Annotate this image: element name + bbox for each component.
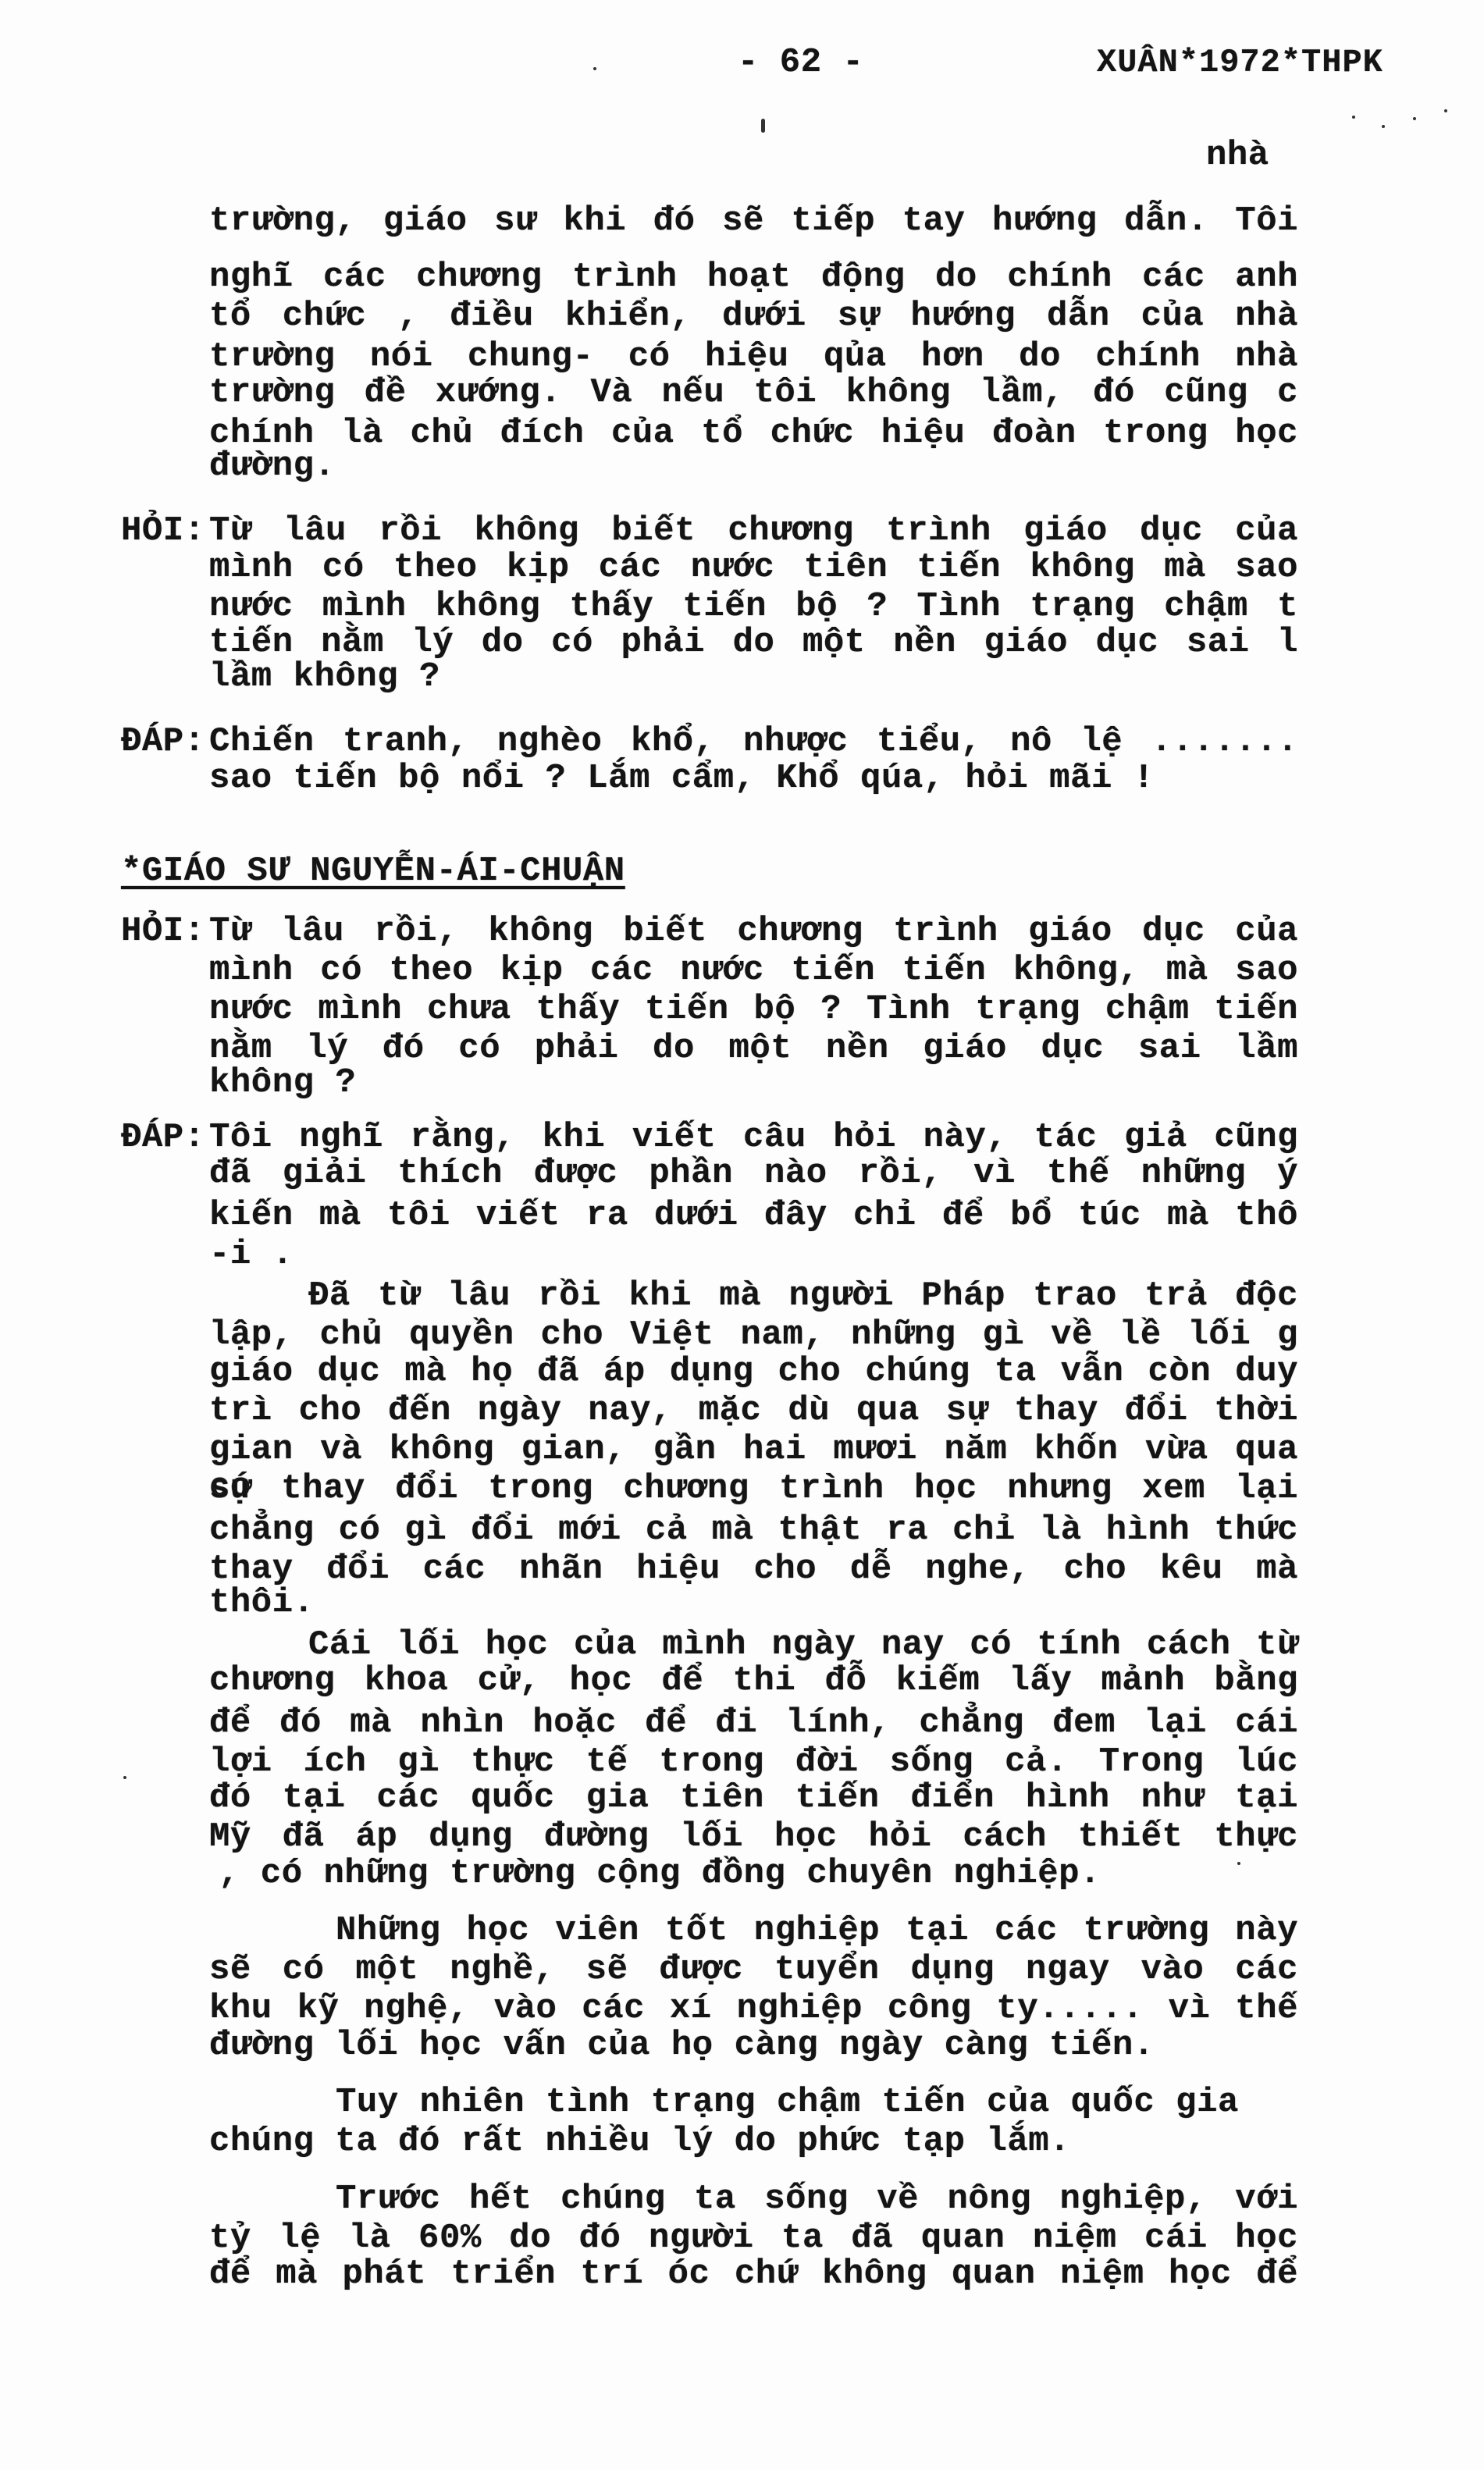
question-line: Từ lâu rồi, không biết chương trình giáo… — [209, 913, 1298, 950]
intro-line: trường đề xướng. Và nếu tôi không lầm, đ… — [209, 374, 1298, 411]
paragraph-line: Những học viên tốt nghiệp tại các trường… — [336, 1912, 1298, 1949]
answer-line: Tôi nghĩ rằng, khi viết câu hỏi này, tác… — [209, 1119, 1298, 1156]
paragraph-line: chẳng có gì đổi mới cả mà thật ra chỉ là… — [209, 1511, 1298, 1549]
answer-line: sao tiến bộ nổi ? Lắm cẩm, Khổ qúa, hỏi … — [209, 760, 1298, 797]
question-line: Từ lâu rồi không biết chương trình giáo … — [209, 512, 1298, 550]
paragraph-line: để đó mà nhìn hoặc để đi lính, chẳng đem… — [209, 1704, 1298, 1742]
question-line: tiến nằm lý do có phải do một nền giáo d… — [209, 624, 1298, 661]
intro-line: trường nói chung- có hiệu qủa hơn do chí… — [209, 338, 1298, 375]
publication-header: XUÂN*1972*THPK — [1097, 44, 1383, 81]
answer-line: Chiến tranh, nghèo khổ, nhược tiểu, nô l… — [209, 723, 1298, 760]
paragraph-line: Trước hết chúng ta sống về nông nghiệp, … — [336, 2180, 1298, 2218]
question-line: mình có theo kịp các nước tiến tiến khôn… — [209, 952, 1298, 989]
paragraph-line: lợi ích gì thực tế trong đời sống cả. Tr… — [209, 1743, 1298, 1781]
question-label: HỎI: — [121, 913, 205, 950]
answer-line: kiến mà tôi viết ra dưới đây chỉ để bổ t… — [209, 1197, 1298, 1234]
paragraph-line: sẽ có một nghề, sẽ được tuyển dụng ngay … — [209, 1951, 1298, 1988]
paragraph-line: Mỹ đã áp dụng đường lối học hỏi cách thi… — [209, 1818, 1298, 1856]
typewritten-page: - 62 - XUÂN*1972*THPK nhà trường, giáo s… — [0, 0, 1484, 2470]
section-title: *GIÁO SƯ NGUYỄN-ÁI-CHUẬN — [121, 852, 625, 890]
paragraph-line: đó tại các quốc gia tiên tiến điển hình … — [209, 1779, 1298, 1817]
paragraph-line: tỷ lệ là 60% do đó người ta đã quan niệm… — [209, 2219, 1298, 2257]
question-label: HỎI: — [121, 512, 205, 550]
question-line: mình có theo kịp các nước tiên tiến khôn… — [209, 549, 1298, 586]
answer-line: đã giải thích được phần nào rồi, vì thế … — [209, 1155, 1298, 1192]
answer-line: -i . — [209, 1236, 1298, 1273]
page-number: - 62 - — [738, 44, 863, 81]
question-line: nằm lý đó có phải do một nền giáo dục sa… — [209, 1030, 1298, 1067]
paragraph-line: Tuy nhiên tình trạng chậm tiến của quốc … — [336, 2084, 1425, 2121]
question-line: nước mình không thấy tiến bộ ? Tình trạn… — [209, 588, 1298, 625]
paragraph-line: để mà phát triển trí óc chứ không quan n… — [209, 2255, 1298, 2293]
intro-line: nghĩ các chương trình hoạt động do chính… — [209, 258, 1298, 296]
question-line: nước mình chưa thấy tiến bộ ? Tình trạng… — [209, 991, 1298, 1028]
paragraph-line: thay đổi các nhãn hiệu cho dễ nghe, cho … — [209, 1550, 1298, 1588]
paragraph-line: thôi. — [209, 1584, 1298, 1621]
paragraph-line: lập, chủ quyền cho Việt nam, những gì về… — [209, 1316, 1298, 1354]
answer-label: ĐÁP: — [121, 723, 205, 760]
answer-label: ĐÁP: — [121, 1119, 205, 1156]
scan-speck — [761, 119, 765, 133]
paragraph-line: chúng ta đó rất nhiều lý do phức tạp lắm… — [209, 2123, 1298, 2160]
scan-speck — [1444, 109, 1447, 112]
scan-speck — [593, 67, 596, 70]
scan-speck — [1352, 116, 1355, 119]
scan-speck — [1382, 125, 1385, 128]
scan-speck — [123, 1776, 126, 1779]
paragraph-line: đường lối học vấn của họ càng ngày càng … — [209, 2027, 1298, 2064]
paragraph-line: , có những trường cộng đồng chuyên nghiệ… — [219, 1855, 1308, 1892]
paragraph-line: sự thay đổi trong chương trình học nhưng… — [209, 1470, 1298, 1507]
carry-word: nhà — [1206, 137, 1269, 174]
paragraph-line: trì cho đến ngày nay, mặc dù qua sự thay… — [209, 1392, 1298, 1429]
paragraph-line: Cái lối học của mình ngày nay có tính cá… — [308, 1626, 1298, 1664]
paragraph-line: gian và không gian, gần hai mươi năm khố… — [209, 1431, 1298, 1468]
intro-line: tổ chức , điều khiển, dưới sự hướng dẫn … — [209, 297, 1298, 335]
paragraph-line: khu kỹ nghệ, vào các xí nghiệp công ty..… — [209, 1990, 1298, 2027]
question-line: lầm không ? — [209, 658, 1298, 696]
question-line: không ? — [209, 1064, 1298, 1102]
paragraph-line: giáo dục mà họ đã áp dụng cho chúng ta v… — [209, 1353, 1298, 1390]
paragraph-line: chương khoa cử, học để thi đỗ kiếm lấy m… — [209, 1662, 1298, 1699]
paragraph-line: Đã từ lâu rồi khi mà người Pháp trao trả… — [308, 1277, 1298, 1315]
intro-line: đường. — [209, 447, 1298, 485]
intro-line: chính là chủ đích của tổ chức hiệu đoàn … — [209, 415, 1298, 452]
scan-speck — [1413, 117, 1416, 120]
intro-line: trường, giáo sư khi đó sẽ tiếp tay hướng… — [209, 202, 1298, 240]
